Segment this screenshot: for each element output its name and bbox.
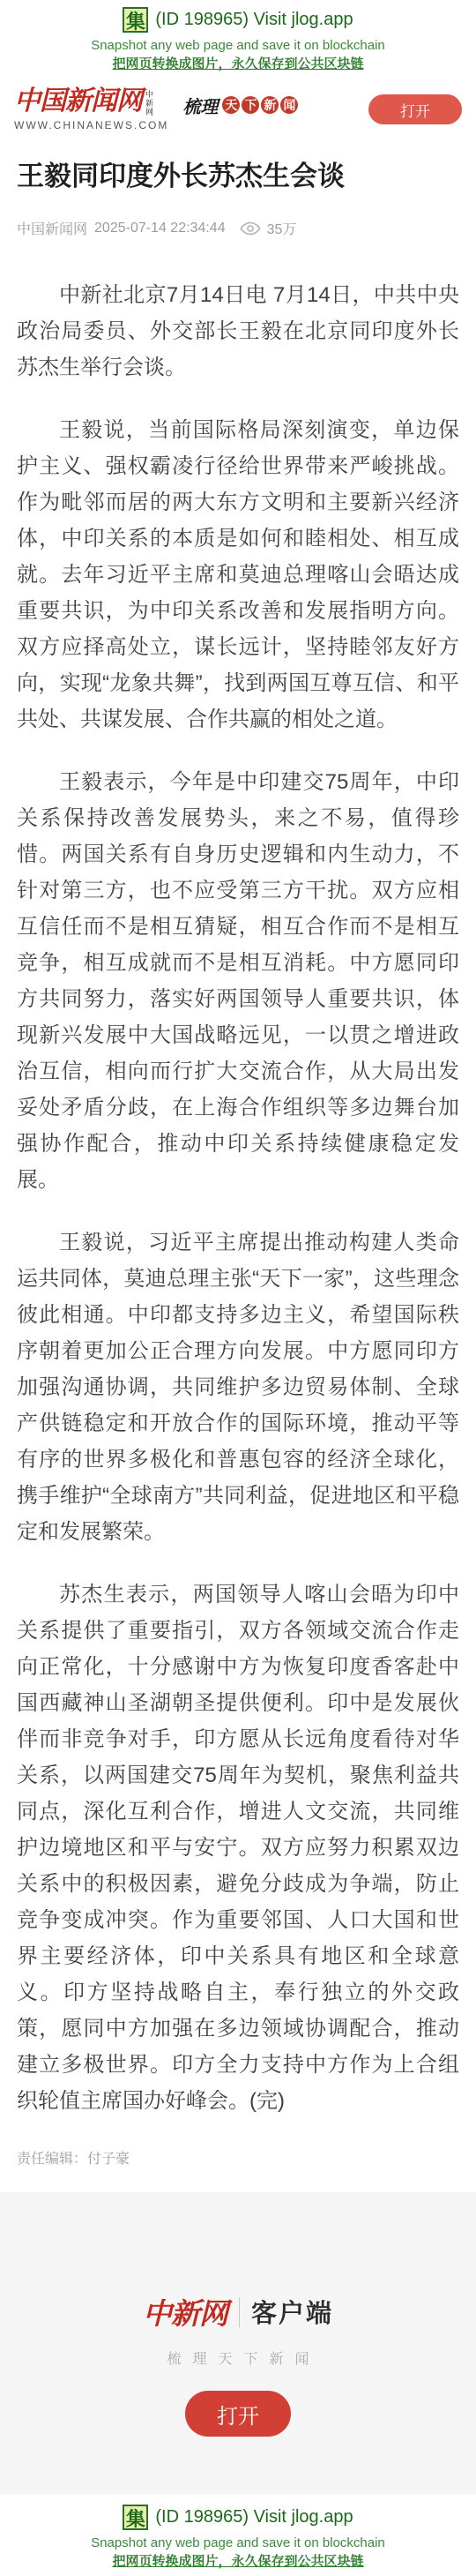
- article-paragraph: 王毅说，习近平主席提出推动构建人类命运共同体，莫迪总理主张“天下一家”，这些理念…: [17, 1224, 459, 1550]
- article-datetime: 2025-07-14 22:34:44: [94, 221, 226, 236]
- footer-slogan: 梳理天下新闻: [155, 2348, 320, 2368]
- article-meta: 中国新闻网 2025-07-14 22:34:44 35万: [17, 218, 459, 238]
- jlog-ad-banner-top[interactable]: 集 (ID 198965) Visit jlog.app Snapshot an…: [0, 0, 476, 79]
- slogan-graphic: 梳理 天 下 新 闻: [182, 93, 298, 118]
- slogan-prefix-text: 梳理: [182, 93, 218, 118]
- article-source: 中国新闻网: [17, 218, 87, 238]
- article-paragraph: 王毅表示，今年是中印建交75周年，中印关系保持改善发展势头，来之不易，值得珍惜。…: [17, 764, 459, 1198]
- jlog-ad-subtitle-zh: 把网页转换成图片，永久保存到公共区块链: [0, 2552, 476, 2571]
- jlog-ad-banner-bottom[interactable]: 集 (ID 198965) Visit jlog.app Snapshot an…: [0, 2494, 476, 2576]
- open-app-button-header[interactable]: 打开: [368, 94, 462, 124]
- slogan-circle-char: 下: [242, 96, 259, 114]
- jlog-ad-subtitle-zh: 把网页转换成图片，永久保存到公共区块链: [0, 55, 476, 73]
- article-paragraph: 中新社北京7月14日电 7月14日，中共中央政治局委员、外交部长王毅在北京同印度…: [17, 277, 459, 386]
- article-title: 王毅同印度外长苏杰生会谈: [17, 158, 459, 195]
- site-header: 中国新闻网 中新网 WWW.CHINANEWS.COM 梳理 天 下 新 闻 打…: [0, 79, 476, 139]
- jlog-ad-subtitle-en: Snapshot any web page and save it on blo…: [0, 2535, 476, 2552]
- open-app-button-footer[interactable]: 打开: [185, 2391, 291, 2437]
- chinanews-logo[interactable]: 中国新闻网 中新网 WWW.CHINANEWS.COM: [14, 88, 168, 131]
- jlog-logo-icon: 集: [123, 7, 148, 33]
- chinanews-url: WWW.CHINANEWS.COM: [14, 120, 168, 131]
- jlog-ad-title: (ID 198965) Visit jlog.app: [155, 10, 353, 30]
- logo-divider: [239, 2297, 240, 2327]
- slogan-circle-char: 天: [222, 96, 240, 114]
- client-label: 客户端: [251, 2294, 333, 2330]
- app-promo-footer: 中新网 客户端 梳理天下新闻 打开: [0, 2192, 476, 2494]
- article-body: 中新社北京7月14日电 7月14日，中共中央政治局委员、外交部长王毅在北京同印度…: [17, 277, 459, 2119]
- article-paragraph: 王毅说，当前国际格局深刻演变，单边保护主义、强权霸凌行径给世界带来严峻挑战。作为…: [17, 412, 459, 738]
- jlog-ad-title: (ID 198965) Visit jlog.app: [155, 2507, 353, 2527]
- jlog-logo-icon: 集: [123, 2505, 148, 2530]
- chinanews-logo-vertical-text: 中新网: [145, 90, 153, 116]
- editor-line: 责任编辑：付子豪: [17, 2147, 459, 2168]
- footer-logo-row: 中新网 客户端: [143, 2291, 333, 2333]
- slogan-circle-char: 新: [261, 96, 279, 114]
- article-paragraph: 苏杰生表示，两国领导人喀山会晤为印中关系提供了重要指引，双方各领域交流合作走向正…: [17, 1576, 459, 2119]
- cns-app-logo: 中新网: [143, 2291, 227, 2333]
- chinanews-logo-text: 中国新闻网: [14, 88, 142, 115]
- article: 王毅同印度外长苏杰生会谈 中国新闻网 2025-07-14 22:34:44 3…: [0, 139, 476, 2192]
- page: 集 (ID 198965) Visit jlog.app Snapshot an…: [0, 0, 476, 2576]
- views-eye-icon: [240, 221, 261, 236]
- jlog-ad-subtitle-en: Snapshot any web page and save it on blo…: [0, 37, 476, 55]
- slogan-circle-char: 闻: [280, 96, 298, 114]
- view-count: 35万: [267, 218, 297, 238]
